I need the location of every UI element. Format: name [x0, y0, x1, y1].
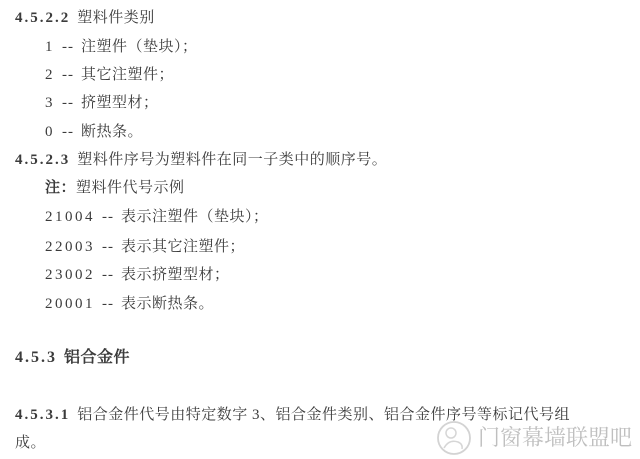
wrapped-text: 成。	[15, 435, 46, 451]
section-number: 4.5.3.1	[15, 407, 70, 423]
item-desc: 表示断热条。	[121, 296, 214, 312]
item-code: 23002	[45, 267, 95, 283]
item-dash: --	[62, 124, 74, 140]
item-desc: 其它注塑件；	[81, 67, 174, 83]
section-number: 4.5.2.3	[15, 152, 70, 168]
heading-4-5-3: 4.5.3铝合金件	[15, 348, 130, 368]
item-dash: --	[62, 95, 74, 111]
section-title: 塑料件序号为塑料件在同一子类中的顺序号。	[77, 152, 387, 168]
item-dash: --	[62, 67, 74, 83]
item-dash: --	[102, 267, 114, 283]
list-item-plastic-3: 3--挤塑型材；	[45, 93, 159, 113]
item-code: 22003	[45, 239, 95, 255]
item-desc: 表示其它注塑件；	[121, 239, 245, 255]
watermark-text: 门窗幕墙联盟吧	[478, 425, 632, 451]
item-code: 2	[45, 67, 55, 83]
document-page: 4.5.2.2塑料件类别 1--注塑件（垫块）； 2--其它注塑件； 3--挤塑…	[0, 0, 640, 459]
item-code: 20001	[45, 296, 95, 312]
heading-4-5-3-1: 4.5.3.1铝合金件代号由特定数字 3、铝合金件类别、铝合金件序号等标记代号组	[15, 405, 570, 425]
section-body-line1: 铝合金件代号由特定数字 3、铝合金件类别、铝合金件序号等标记代号组	[77, 407, 570, 423]
note-line: 注：塑料件代号示例	[45, 178, 185, 198]
list-item-code-22003: 22003--表示其它注塑件；	[45, 237, 245, 257]
item-desc: 表示注塑件（垫块）；	[121, 209, 269, 225]
item-desc: 表示挤塑型材；	[121, 267, 230, 283]
section-number: 4.5.2.2	[15, 10, 70, 26]
list-item-code-23002: 23002--表示挤塑型材；	[45, 265, 230, 285]
section-title: 塑料件类别	[77, 10, 155, 26]
list-item-plastic-1: 1--注塑件（垫块）；	[45, 37, 198, 57]
item-code: 21004	[45, 209, 95, 225]
item-dash: --	[62, 39, 74, 55]
item-dash: --	[102, 209, 114, 225]
item-code: 1	[45, 39, 55, 55]
note-label: 注：	[45, 180, 76, 196]
list-item-code-20001: 20001--表示断热条。	[45, 294, 214, 314]
heading-4-5-2-3: 4.5.2.3塑料件序号为塑料件在同一子类中的顺序号。	[15, 150, 387, 170]
watermark: 门窗幕墙联盟吧	[436, 420, 632, 456]
item-code: 3	[45, 95, 55, 111]
list-item-code-21004: 21004--表示注塑件（垫块）；	[45, 207, 269, 227]
item-desc: 挤塑型材；	[81, 95, 159, 111]
watermark-logo-icon	[436, 420, 472, 456]
list-item-plastic-2: 2--其它注塑件；	[45, 65, 174, 85]
item-dash: --	[102, 239, 114, 255]
section-body-line2: 成。	[15, 433, 46, 453]
section-title: 铝合金件	[64, 349, 130, 366]
heading-4-5-2-2: 4.5.2.2塑料件类别	[15, 8, 155, 28]
item-code: 0	[45, 124, 55, 140]
item-dash: --	[102, 296, 114, 312]
item-desc: 断热条。	[81, 124, 143, 140]
list-item-plastic-0: 0--断热条。	[45, 122, 143, 142]
note-text: 塑料件代号示例	[76, 180, 185, 196]
item-desc: 注塑件（垫块）；	[81, 39, 198, 55]
section-number: 4.5.3	[15, 349, 57, 366]
